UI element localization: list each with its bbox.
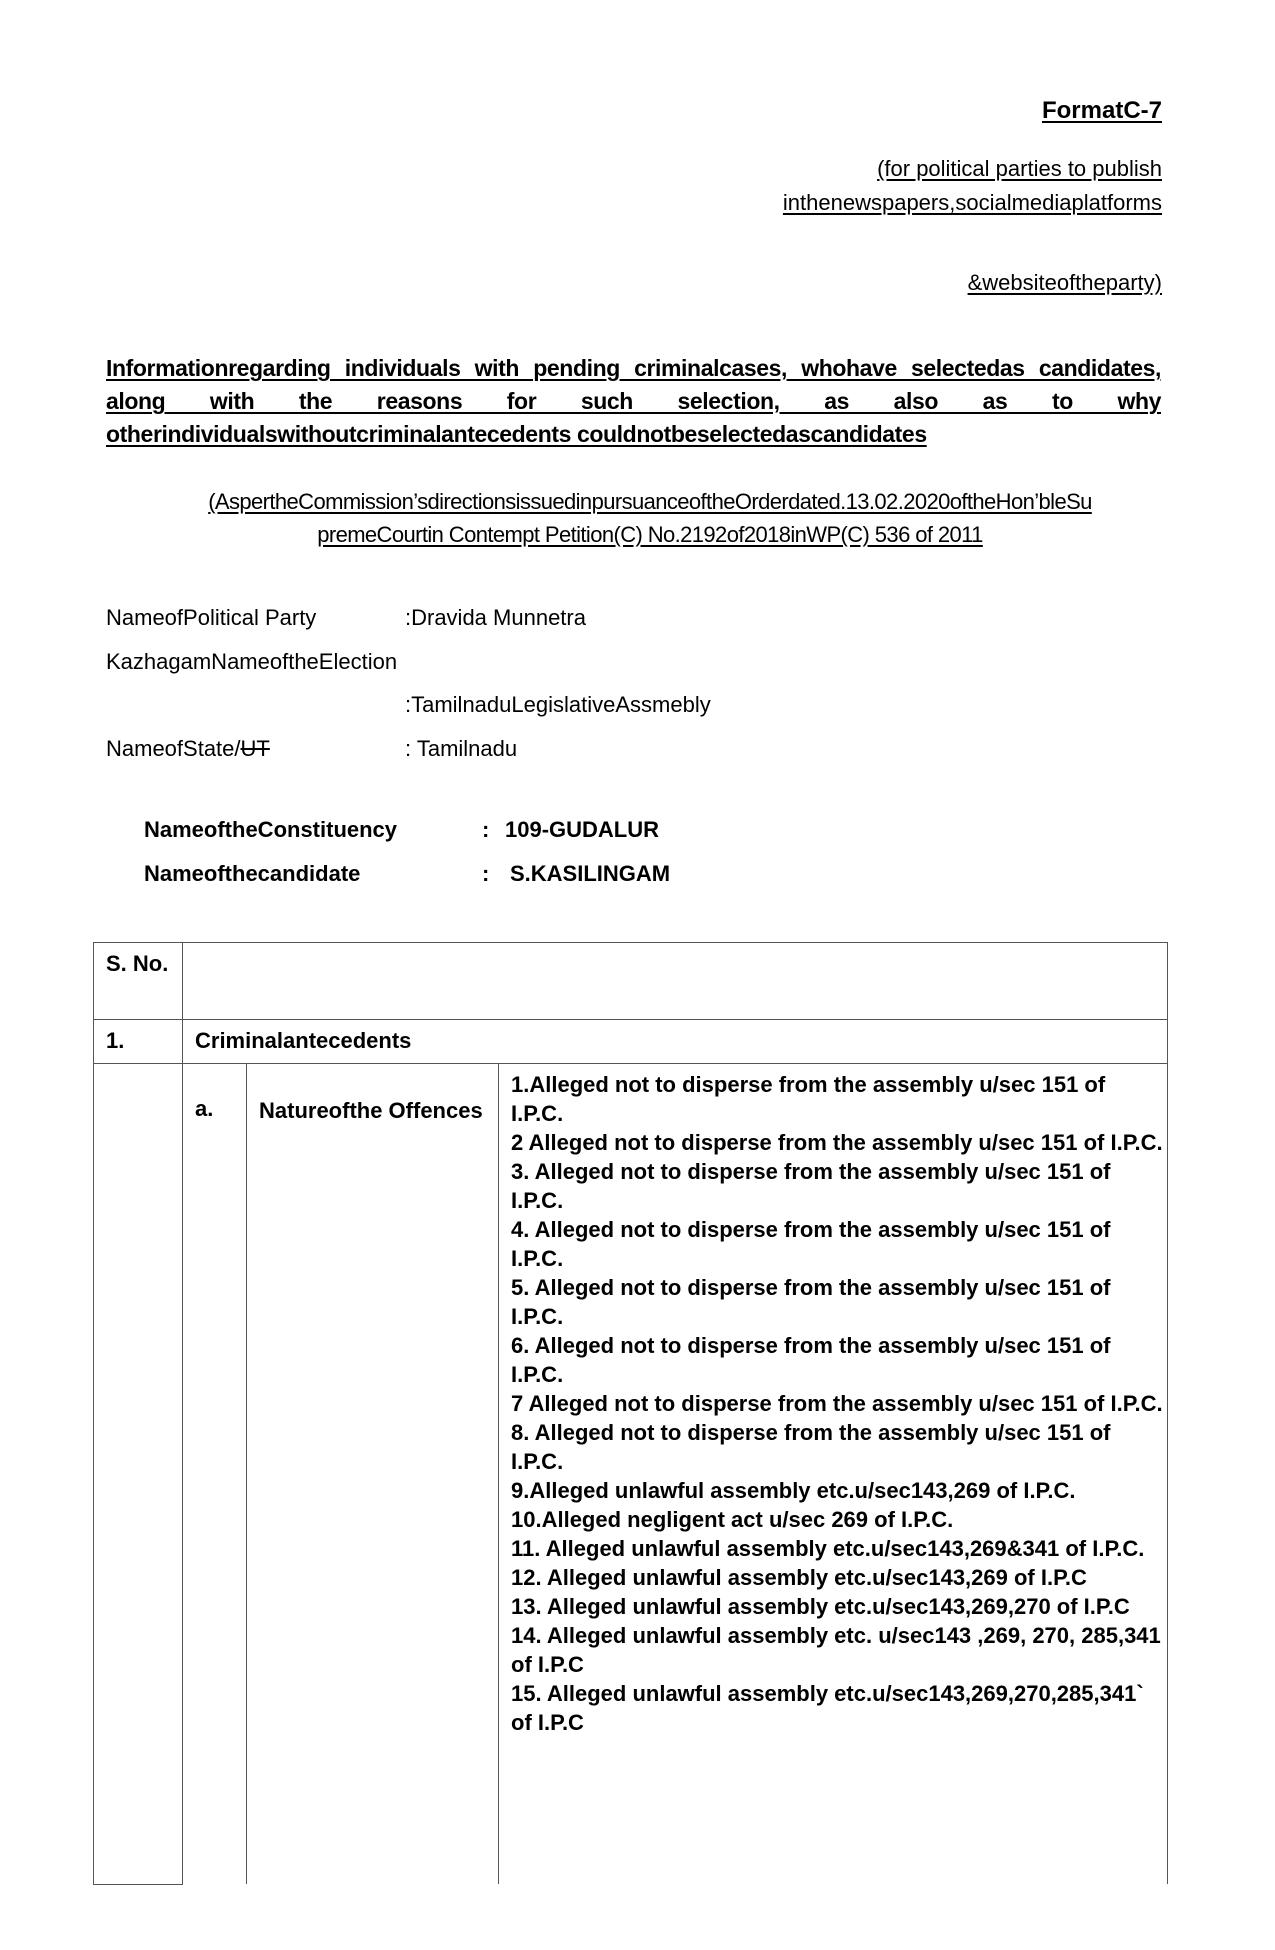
state-label: NameofState/UT (106, 736, 270, 762)
offence-item: 11. Alleged unlawful assembly etc.u/sec1… (511, 1534, 1163, 1563)
table-row: 1. Criminalantecedents (94, 1020, 1168, 1064)
offence-item: 8. Alleged not to disperse from the asse… (511, 1418, 1163, 1476)
order-reference: (AspertheCommission’sdirectionsissuedinp… (100, 485, 1200, 551)
offence-item: 6. Alleged not to disperse from the asse… (511, 1331, 1163, 1389)
offence-item: 3. Alleged not to disperse from the asse… (511, 1157, 1163, 1215)
document-heading: Informationregarding individuals with pe… (106, 352, 1161, 451)
state-label-struck: UT (241, 736, 270, 761)
offence-item: 4. Alleged not to disperse from the asse… (511, 1215, 1163, 1273)
table-row: a. Natureofthe Offences 1.Alleged not to… (94, 1064, 1168, 1885)
party-label: NameofPolitical Party (106, 605, 316, 631)
row-sno-empty (94, 1064, 183, 1885)
table-header-row: S. No. (94, 943, 1168, 1020)
constituency-value: 109-GUDALUR (505, 817, 659, 843)
offence-item: 1.Alleged not to disperse from the assem… (511, 1070, 1163, 1128)
offence-item: 7 Alleged not to disperse from the assem… (511, 1389, 1163, 1418)
offence-item: 15. Alleged unlawful assembly etc.u/sec1… (511, 1679, 1163, 1737)
election-label: KazhagamNameoftheElection (106, 649, 397, 675)
header-empty-cell (183, 943, 1168, 1020)
offence-item: 9.Alleged unlawful assembly etc.u/sec143… (511, 1476, 1163, 1505)
format-title: FormatC-7 (1042, 97, 1162, 125)
offence-item: 10.Alleged negligent act u/sec 269 of I.… (511, 1505, 1163, 1534)
candidate-label: Nameofthecandidate (144, 861, 360, 887)
sub-item-label: a. (183, 1064, 247, 1884)
candidate-separator: : (482, 861, 489, 887)
order-reference-line2: premeCourtin Contempt Petition(C) No.219… (317, 522, 983, 547)
candidate-value: S.KASILINGAM (510, 861, 670, 887)
row-title: Criminalantecedents (183, 1020, 1168, 1064)
document-heading-text: Informationregarding individuals with pe… (106, 355, 1161, 447)
offence-item: 14. Alleged unlawful assembly etc. u/sec… (511, 1621, 1163, 1679)
offence-item: 12. Alleged unlawful assembly etc.u/sec1… (511, 1563, 1163, 1592)
row-sno: 1. (94, 1020, 183, 1064)
constituency-separator: : (482, 817, 489, 843)
offences-list: 1.Alleged not to disperse from the assem… (499, 1064, 1167, 1884)
party-value: :Dravida Munnetra (405, 605, 586, 631)
nature-of-offences-cell: a. Natureofthe Offences 1.Alleged not to… (183, 1064, 1168, 1885)
state-label-text: NameofState/ (106, 736, 241, 761)
offence-item: 2 Alleged not to disperse from the assem… (511, 1128, 1163, 1157)
order-reference-line1: (AspertheCommission’sdirectionsissuedinp… (208, 489, 1092, 514)
offence-item: 13. Alleged unlawful assembly etc.u/sec1… (511, 1592, 1163, 1621)
publication-subtitle: (for political parties to publish inthen… (722, 152, 1162, 220)
sno-header-cell: S. No. (94, 943, 183, 1020)
constituency-label: NameoftheConstituency (144, 817, 397, 843)
offence-item: 5. Alleged not to disperse from the asse… (511, 1273, 1163, 1331)
sub-item-title: Natureofthe Offences (247, 1064, 499, 1884)
election-value: :TamilnaduLegislativeAssmebly (405, 692, 711, 718)
criminal-antecedents-table: S. No. 1. Criminalantecedents a. Natureo… (93, 942, 1168, 1885)
publication-subtitle-tail: &websiteoftheparty) (968, 270, 1162, 296)
state-value: : Tamilnadu (405, 736, 517, 762)
